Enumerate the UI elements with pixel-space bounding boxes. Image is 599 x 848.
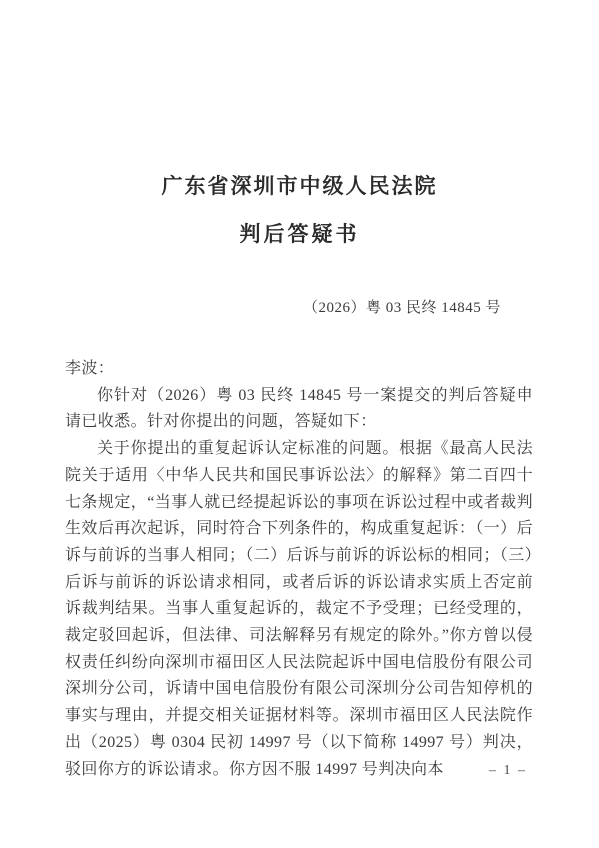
body-paragraph-2: 关于你提出的重复起诉认定标准的问题。根据《最高人民法院关于适用〈中华人民共和国民…: [65, 436, 533, 783]
document-page: 广东省深圳市中级人民法院 判后答疑书 （2026）粤 03 民终 14845 号…: [0, 0, 599, 848]
document-title: 判后答疑书: [0, 218, 599, 248]
salutation: 李波：: [65, 356, 533, 383]
page-number: – 1 –: [489, 763, 527, 779]
court-name: 广东省深圳市中级人民法院: [0, 170, 599, 200]
body-paragraph-1: 你针对（2026）粤 03 民终 14845 号一案提交的判后答疑申请已收悉。针…: [65, 383, 533, 436]
document-body: 李波： 你针对（2026）粤 03 民终 14845 号一案提交的判后答疑申请已…: [65, 356, 533, 783]
document-header: 广东省深圳市中级人民法院 判后答疑书: [0, 0, 599, 248]
case-number: （2026）粤 03 民终 14845 号: [0, 296, 599, 317]
